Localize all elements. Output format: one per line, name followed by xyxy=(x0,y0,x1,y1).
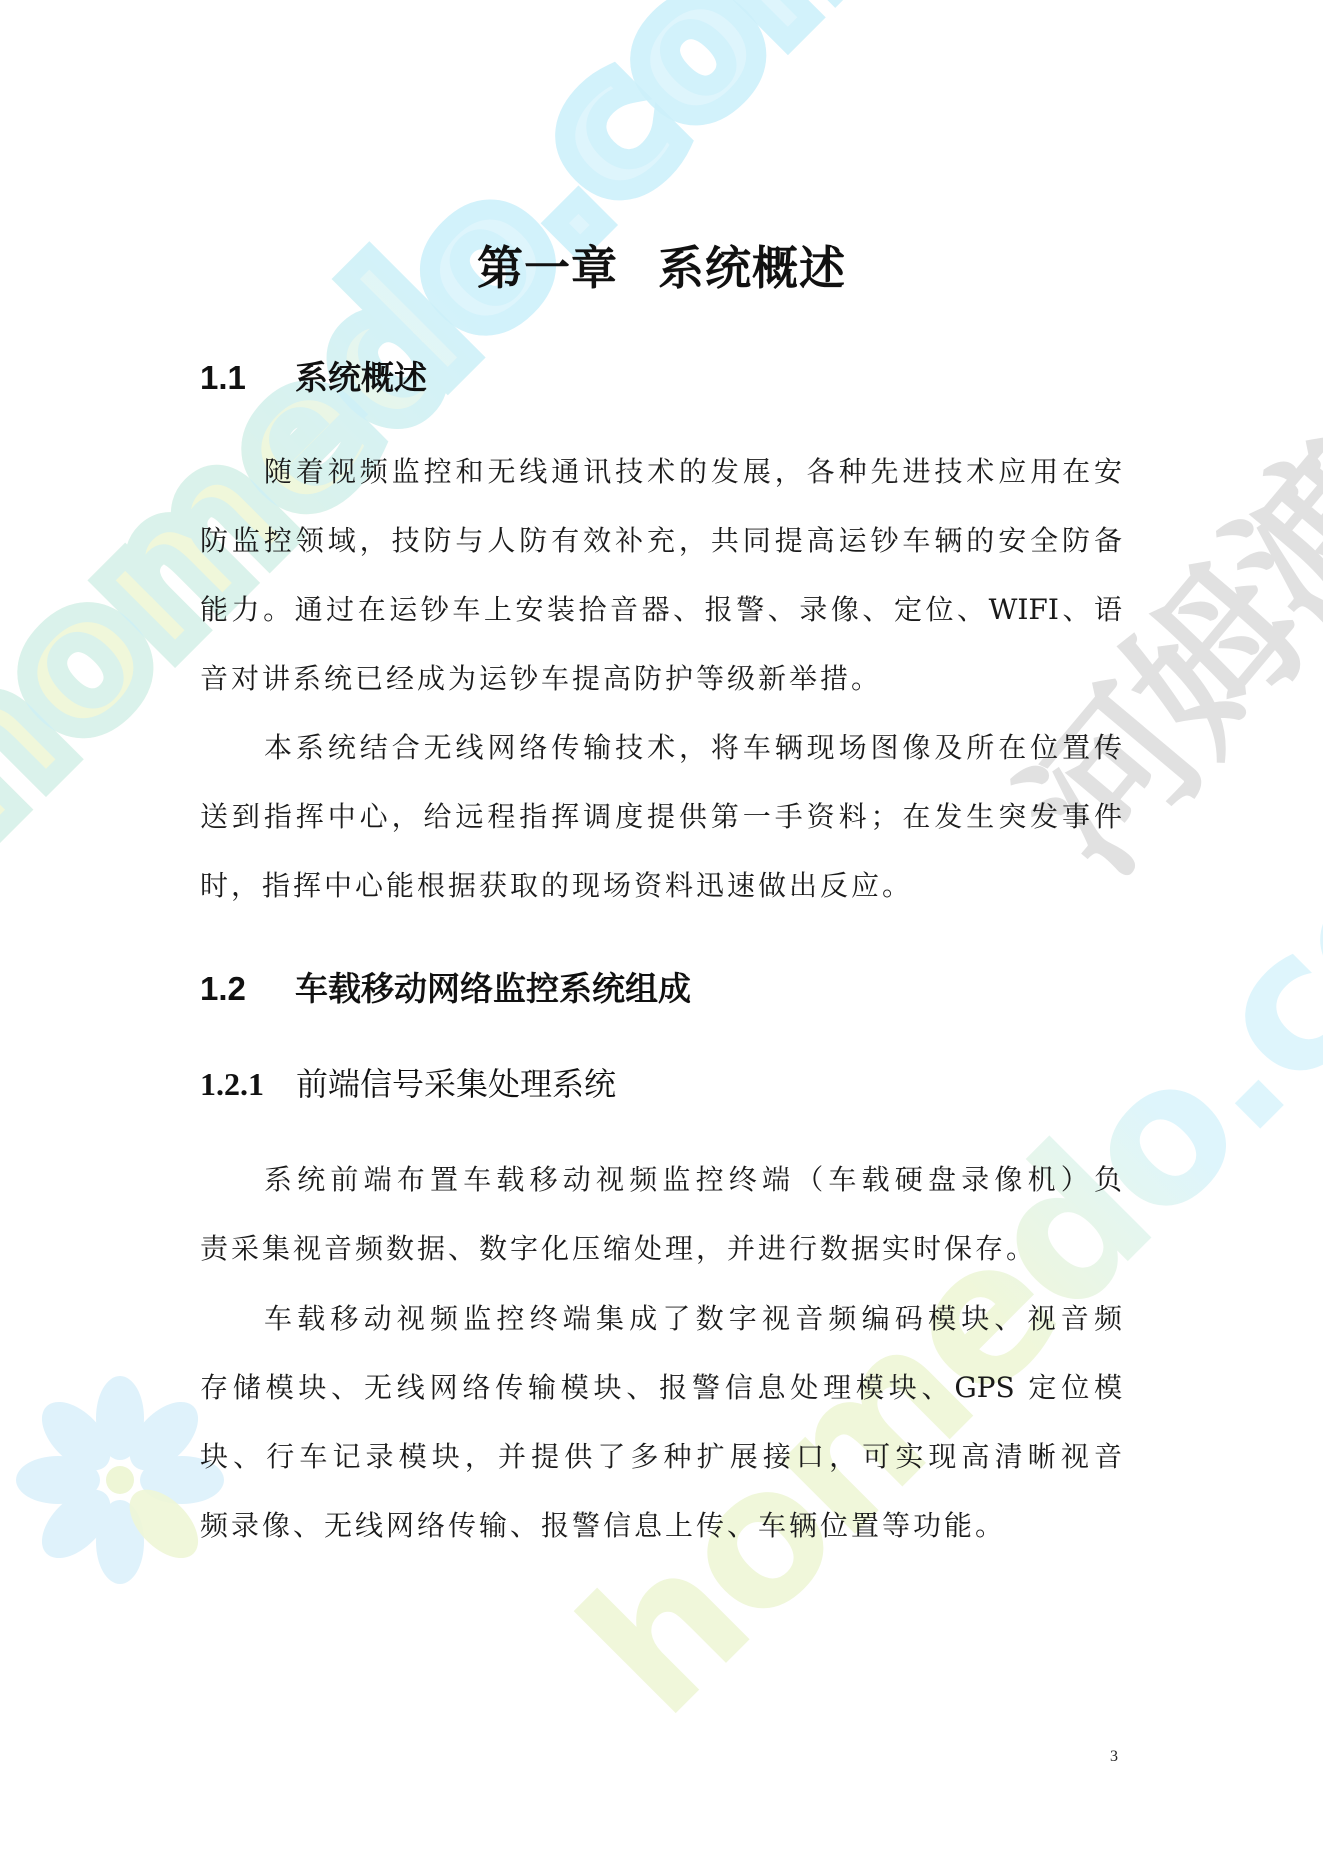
subsection-heading-1-2-1: 1.2.1前端信号采集处理系统 xyxy=(200,1059,616,1105)
chapter-title: 第一章系统概述 xyxy=(0,232,1323,298)
text-line: 块、行车记录模块，并提供了多种扩展接口，可实现高清晰视音 xyxy=(200,1422,1122,1491)
page-number: 3 xyxy=(1110,1748,1118,1766)
text-line: 存储模块、无线网络传输模块、报警信息处理模块、GPS 定位模 xyxy=(200,1353,1122,1422)
text-line: 能力。通过在运钞车上安装拾音器、报警、录像、定位、WIFI、语 xyxy=(200,575,1122,644)
text-line: 时，指挥中心能根据获取的现场资料迅速做出反应。 xyxy=(200,851,1122,920)
chapter-name: 系统概述 xyxy=(658,241,846,295)
document-page: homedo.com homedo.com 河姆渡 第一章系统概述 1.1系统概… xyxy=(0,0,1323,1871)
text-line: 音对讲系统已经成为运钞车提高防护等级新举措。 xyxy=(200,644,1122,713)
text-line: 防监控领域，技防与人防有效补充，共同提高运钞车辆的安全防备 xyxy=(200,506,1122,575)
flower-logo-icon xyxy=(10,1370,230,1590)
section-number: 1.2 xyxy=(200,970,295,1008)
paragraph-1-1-b: 本系统结合无线网络传输技术，将车辆现场图像及所在位置传 送到指挥中心，给远程指挥… xyxy=(200,713,1122,920)
subsection-title: 前端信号采集处理系统 xyxy=(296,1065,616,1103)
section-heading-1-2: 1.2车载移动网络监控系统组成 xyxy=(200,963,691,1010)
subsection-number: 1.2.1 xyxy=(200,1066,296,1103)
text-line: 系统前端布置车载移动视频监控终端（车载硬盘录像机）负 xyxy=(200,1145,1122,1214)
chapter-prefix: 第一章 xyxy=(477,241,618,295)
text-line: 随着视频监控和无线通讯技术的发展，各种先进技术应用在安 xyxy=(200,437,1122,506)
text-line: 本系统结合无线网络传输技术，将车辆现场图像及所在位置传 xyxy=(200,713,1122,782)
section-heading-1-1: 1.1系统概述 xyxy=(200,352,427,399)
text-line: 责采集视音频数据、数字化压缩处理，并进行数据实时保存。 xyxy=(200,1214,1122,1283)
text-line: 送到指挥中心，给远程指挥调度提供第一手资料；在发生突发事件 xyxy=(200,782,1122,851)
paragraph-1-2-1-b: 车载移动视频监控终端集成了数字视音频编码模块、视音频 存储模块、无线网络传输模块… xyxy=(200,1284,1122,1560)
text-line: 频录像、无线网络传输、报警信息上传、车辆位置等功能。 xyxy=(200,1491,1122,1560)
paragraph-1-2-1-a: 系统前端布置车载移动视频监控终端（车载硬盘录像机）负 责采集视音频数据、数字化压… xyxy=(200,1145,1122,1283)
section-title: 车载移动网络监控系统组成 xyxy=(295,970,691,1007)
section-number: 1.1 xyxy=(200,359,295,397)
paragraph-1-1-a: 随着视频监控和无线通讯技术的发展，各种先进技术应用在安 防监控领域，技防与人防有… xyxy=(200,437,1122,713)
text-line: 车载移动视频监控终端集成了数字视音频编码模块、视音频 xyxy=(200,1284,1122,1353)
section-title: 系统概述 xyxy=(295,359,427,396)
